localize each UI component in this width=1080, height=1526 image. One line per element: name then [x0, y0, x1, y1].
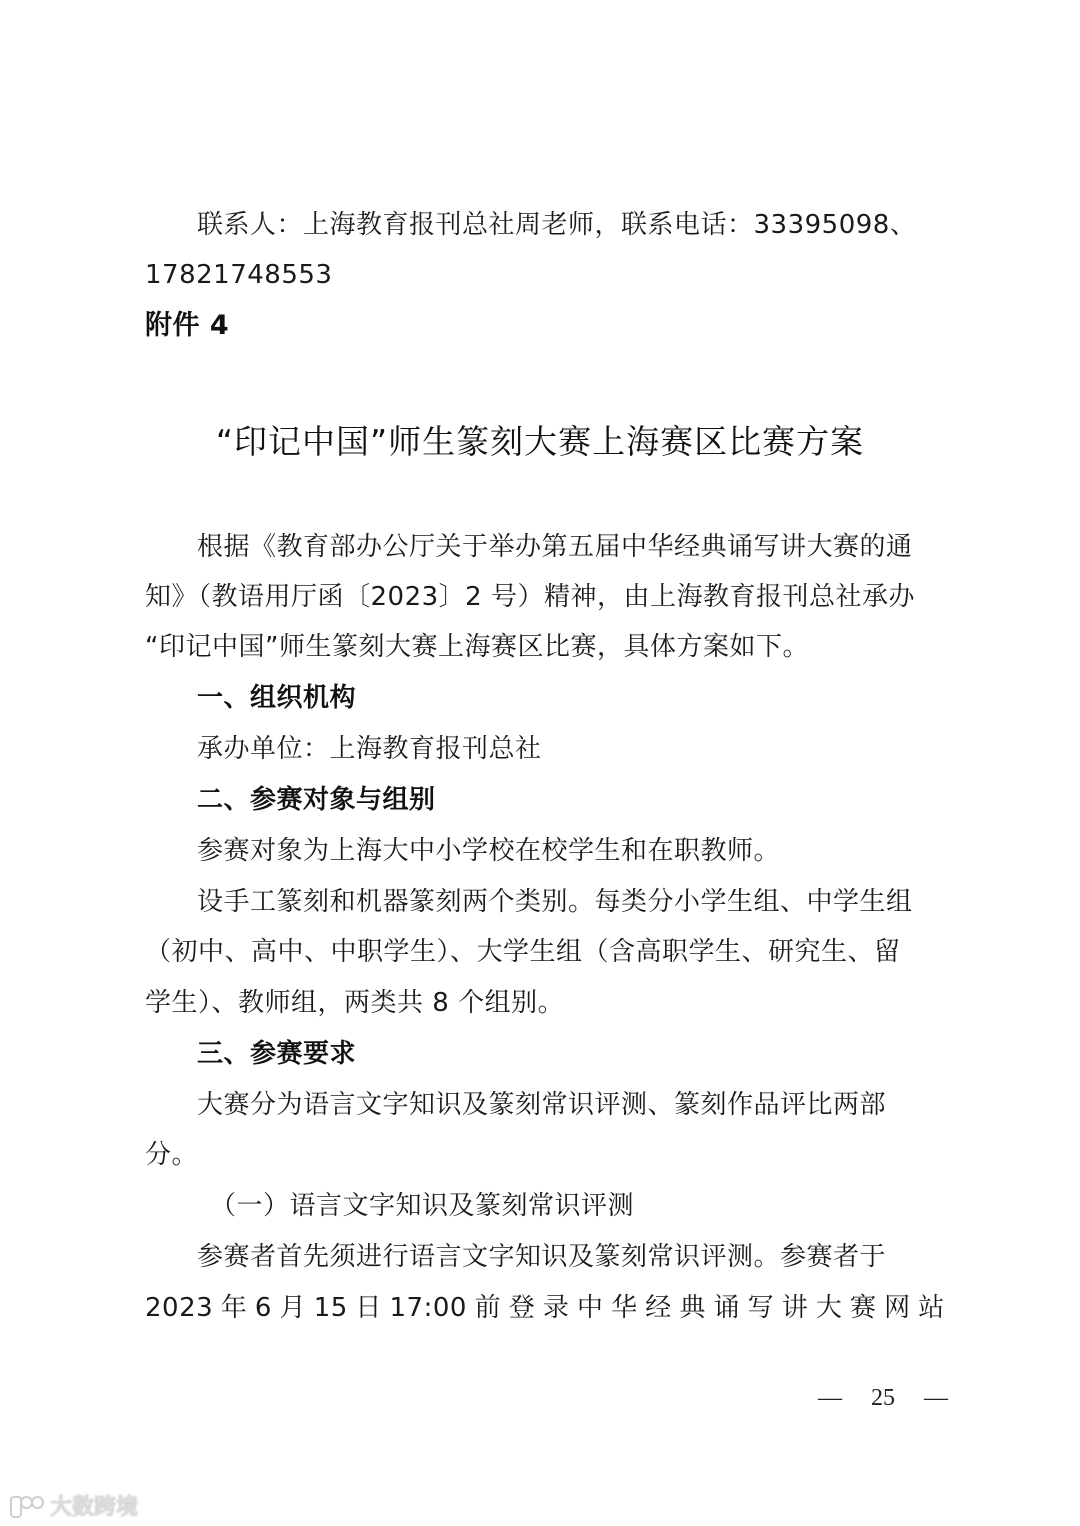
section-2-body-2-line-2: （初中、高中、中职学生）、大学生组（含高职学生、研究生、留 — [145, 935, 945, 969]
section-3-body-2-line-1: 参赛者首先须进行语言文字知识及篆刻常识评测。参赛者于 — [197, 1240, 997, 1274]
text-fragment: 讲 — [782, 1291, 809, 1325]
intro-line-2: 知》（教语用厅函〔2023〕2 号）精神，由上海教育报刊总社承办 — [145, 580, 945, 614]
intro-line-3: “印记中国”师生篆刻大赛上海赛区比赛，具体方案如下。 — [145, 630, 945, 664]
section-3-body-2-line-2: 2023 年 6 月 15 日 17:00 前 登 录 中 华 经 典 诵 写 … — [145, 1291, 945, 1325]
text-fragment: 年 — [221, 1291, 248, 1325]
section-2-body-2-line-1: 设手工篆刻和机器篆刻两个类别。每类分小学生组、中学生组 — [197, 885, 997, 919]
section-3-heading: 三、参赛要求 — [197, 1037, 997, 1071]
intro-line-1: 根据《教育部办公厅关于举办第五届中华经典诵写讲大赛的通 — [197, 530, 997, 564]
text-fragment: 17:00 — [390, 1291, 467, 1325]
attachment-label: 附件 4 — [145, 309, 945, 343]
section-2-heading: 二、参赛对象与组别 — [197, 783, 997, 817]
section-3-body-1-line-1: 大赛分为语言文字知识及篆刻常识评测、篆刻作品评比两部 — [197, 1088, 997, 1122]
text-fragment: 录 — [543, 1291, 570, 1325]
contact-line-2: 17821748553 — [145, 258, 945, 292]
page-number-value: 25 — [871, 1383, 895, 1413]
text-fragment: 网 — [884, 1291, 911, 1325]
document-page: 联系人：上海教育报刊总社周老师，联系电话：33395098、 178217485… — [0, 0, 1080, 1526]
text-fragment: 日 — [355, 1291, 382, 1325]
section-1-body: 承办单位：上海教育报刊总社 — [197, 732, 997, 766]
section-2-body-1: 参赛对象为上海大中小学校在校学生和在职教师。 — [197, 834, 997, 868]
page-number: — 25 — — [818, 1383, 948, 1413]
text-fragment: 典 — [679, 1291, 706, 1325]
text-fragment: 月 — [280, 1291, 307, 1325]
text-fragment: 前 — [475, 1291, 502, 1325]
watermark-logo-icon — [10, 1494, 44, 1518]
text-fragment: 经 — [645, 1291, 672, 1325]
text-fragment: 写 — [748, 1291, 775, 1325]
contact-line-1: 联系人：上海教育报刊总社周老师，联系电话：33395098、 — [197, 208, 997, 242]
section-2-body-2-line-3: 学生）、教师组，两类共 8 个组别。 — [145, 986, 945, 1020]
section-1-heading: 一、组织机构 — [197, 681, 997, 715]
page-number-dash-left: — — [818, 1383, 842, 1413]
text-fragment: 赛 — [850, 1291, 877, 1325]
text-fragment: 15 — [314, 1291, 348, 1325]
document-title: “印记中国”师生篆刻大赛上海赛区比赛方案 — [0, 420, 1080, 464]
text-fragment: 华 — [611, 1291, 638, 1325]
text-fragment: 2023 — [145, 1291, 213, 1325]
text-fragment: 站 — [918, 1291, 945, 1325]
text-fragment: 中 — [577, 1291, 604, 1325]
text-fragment: 6 — [255, 1291, 272, 1325]
text-fragment: 诵 — [713, 1291, 740, 1325]
watermark-text: 大数跨境 — [50, 1490, 138, 1521]
section-3-body-1-line-2: 分。 — [145, 1138, 945, 1172]
text-fragment: 大 — [816, 1291, 843, 1325]
page-number-dash-right: — — [924, 1383, 948, 1413]
section-3-subheading: （一）语言文字知识及篆刻常识评测 — [210, 1189, 1010, 1223]
text-fragment: 登 — [509, 1291, 536, 1325]
watermark: 大数跨境 — [10, 1490, 138, 1521]
